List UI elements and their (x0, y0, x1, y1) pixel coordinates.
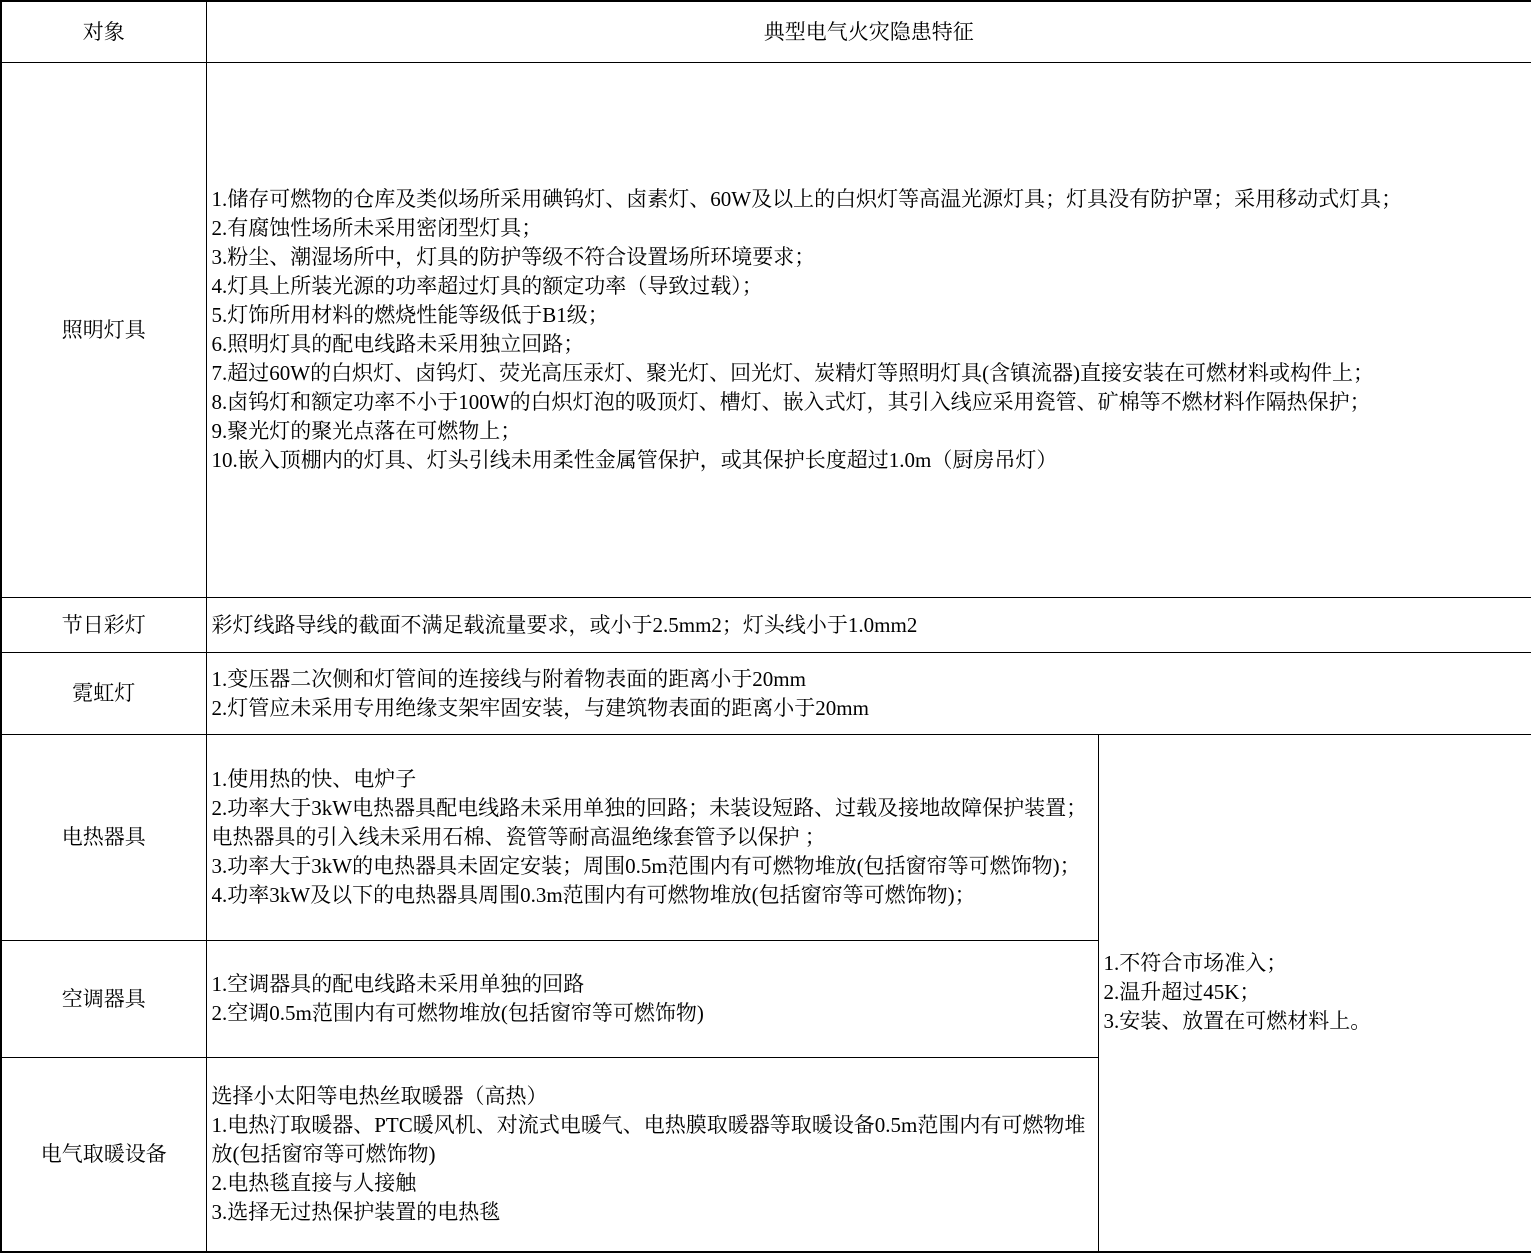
electrical-fire-hazard-table: 对象 典型电气火灾隐患特征 照明灯具 1.储存可燃物的仓库及类似场所采用碘钨灯、… (0, 0, 1531, 1253)
table-row-electric-heater: 电热器具 1.使用热的快、电炉子 2.功率大于3kW电热器具配电线路未采用单独的… (1, 735, 1531, 941)
shared-note-cell: 1.不符合市场准入； 2.温升超过45K； 3.安装、放置在可燃材料上。 (1098, 735, 1531, 1252)
hazard-line: 5.灯饰所用材料的燃烧性能等级低于B1级； (212, 301, 1528, 330)
hazard-line: 3.功率大于3kW的电热器具未固定安装；周围0.5m范围内有可燃物堆放(包括窗帘… (212, 852, 1094, 881)
hazard-line: 2.空调0.5m范围内有可燃物堆放(包括窗帘等可燃饰物) (212, 999, 1094, 1028)
hazard-line: 8.卤钨灯和额定功率不小于100W的白炽灯泡的吸顶灯、槽灯、嵌入式灯，其引入线应… (212, 388, 1528, 417)
hazard-line: 6.照明灯具的配电线路未采用独立回路； (212, 330, 1528, 359)
hazard-line: 4.灯具上所装光源的功率超过灯具的额定功率（导致过载）； (212, 272, 1528, 301)
hazard-cell-neon: 1.变压器二次侧和灯管间的连接线与附着物表面的距离小于20mm 2.灯管应未采用… (206, 653, 1531, 735)
hazard-line: 2.功率大于3kW电热器具配电线路未采用单独的回路；未装设短路、过载及接地故障保… (212, 794, 1094, 852)
hazard-line: 1.电热汀取暖器、PTC暖风机、对流式电暖气、电热膜取暖器等取暖设备0.5m范围… (212, 1111, 1094, 1169)
row-label-electric-heater: 电热器具 (1, 735, 206, 941)
row-label-electric-warming: 电气取暖设备 (1, 1058, 206, 1252)
row-label-lighting: 照明灯具 (1, 63, 206, 598)
hazard-line: 3.粉尘、潮湿场所中，灯具的防护等级不符合设置场所环境要求； (212, 243, 1528, 272)
hazard-cell-electric-warming: 选择小太阳等电热丝取暖器（高热） 1.电热汀取暖器、PTC暖风机、对流式电暖气、… (206, 1058, 1098, 1252)
row-label-neon: 霓虹灯 (1, 653, 206, 735)
header-cell-object: 对象 (1, 1, 206, 63)
hazard-line: 7.超过60W的白炽灯、卤钨灯、荧光高压汞灯、聚光灯、回光灯、炭精灯等照明灯具(… (212, 359, 1528, 388)
hazard-cell-air-conditioner: 1.空调器具的配电线路未采用单独的回路 2.空调0.5m范围内有可燃物堆放(包括… (206, 941, 1098, 1058)
hazard-line: 1.空调器具的配电线路未采用单独的回路 (212, 970, 1094, 999)
row-label-festival-lights: 节日彩灯 (1, 598, 206, 653)
hazard-line: 2.灯管应未采用专用绝缘支架牢固安装，与建筑物表面的距离小于20mm (212, 694, 1528, 723)
table-row-neon: 霓虹灯 1.变压器二次侧和灯管间的连接线与附着物表面的距离小于20mm 2.灯管… (1, 653, 1531, 735)
header-cell-feature: 典型电气火灾隐患特征 (206, 1, 1531, 63)
table-row-festival-lights: 节日彩灯 彩灯线路导线的截面不满足载流量要求，或小于2.5mm2；灯头线小于1.… (1, 598, 1531, 653)
hazard-line: 9.聚光灯的聚光点落在可燃物上； (212, 417, 1528, 446)
table-header-row: 对象 典型电气火灾隐患特征 (1, 1, 1531, 63)
hazard-line: 3.选择无过热保护装置的电热毯 (212, 1198, 1094, 1227)
row-label-air-conditioner: 空调器具 (1, 941, 206, 1058)
shared-note-line: 3.安装、放置在可燃材料上。 (1104, 1007, 1528, 1036)
table-row-lighting: 照明灯具 1.储存可燃物的仓库及类似场所采用碘钨灯、卤素灯、60W及以上的白炽灯… (1, 63, 1531, 598)
hazard-line: 10.嵌入顶棚内的灯具、灯头引线未用柔性金属管保护，或其保护长度超过1.0m（厨… (212, 446, 1528, 475)
hazard-cell-festival-lights: 彩灯线路导线的截面不满足载流量要求，或小于2.5mm2；灯头线小于1.0mm2 (206, 598, 1531, 653)
hazard-line: 彩灯线路导线的截面不满足载流量要求，或小于2.5mm2；灯头线小于1.0mm2 (212, 611, 1528, 640)
hazard-line: 1.使用热的快、电炉子 (212, 765, 1094, 794)
hazard-line: 2.电热毯直接与人接触 (212, 1169, 1094, 1198)
shared-note-line: 2.温升超过45K； (1104, 978, 1528, 1007)
hazard-line: 1.储存可燃物的仓库及类似场所采用碘钨灯、卤素灯、60W及以上的白炽灯等高温光源… (212, 185, 1528, 214)
hazard-line: 2.有腐蚀性场所未采用密闭型灯具； (212, 214, 1528, 243)
hazard-cell-electric-heater: 1.使用热的快、电炉子 2.功率大于3kW电热器具配电线路未采用单独的回路；未装… (206, 735, 1098, 941)
shared-note-line: 1.不符合市场准入； (1104, 949, 1528, 978)
hazard-cell-lighting: 1.储存可燃物的仓库及类似场所采用碘钨灯、卤素灯、60W及以上的白炽灯等高温光源… (206, 63, 1531, 598)
hazard-line: 1.变压器二次侧和灯管间的连接线与附着物表面的距离小于20mm (212, 665, 1528, 694)
hazard-line: 选择小太阳等电热丝取暖器（高热） (212, 1082, 1094, 1111)
hazard-line: 4.功率3kW及以下的电热器具周围0.3m范围内有可燃物堆放(包括窗帘等可燃饰物… (212, 881, 1094, 910)
